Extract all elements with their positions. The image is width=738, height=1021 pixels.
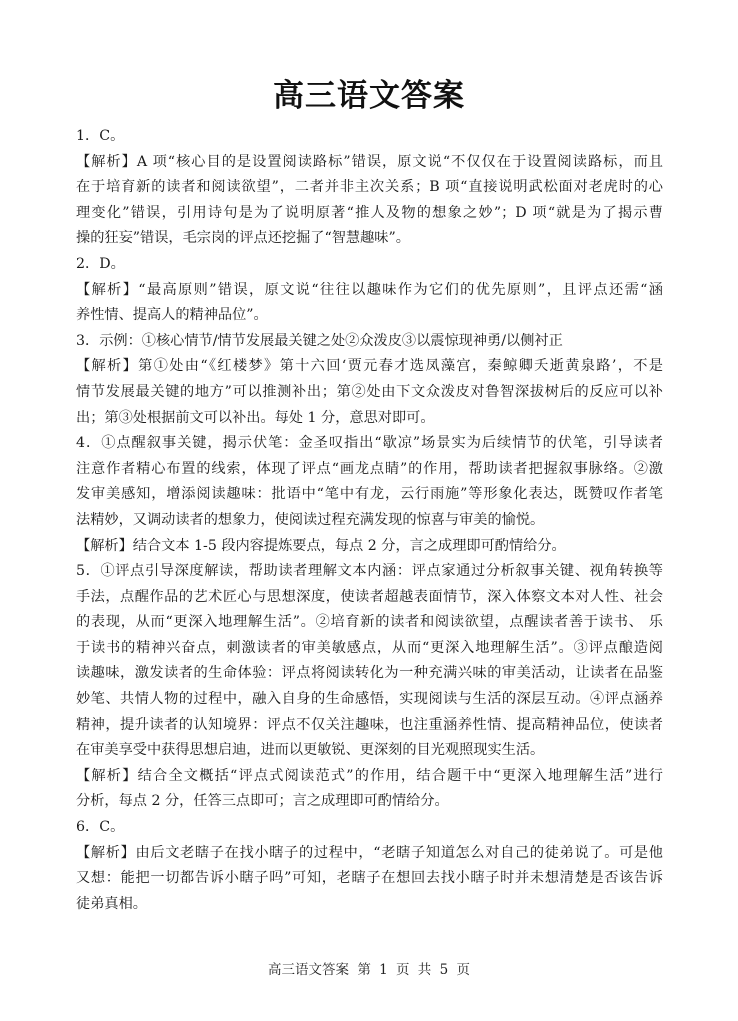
answer-5-line: 的表现，从而“更深入地理解生活”。②培育新的读者和阅读欲望，点醒读者善于读书、 … [76, 610, 663, 636]
analysis-3-line: 情节发展最关键的地方”可以推测补出；第②处由下文众泼皮对鲁智深拔树后的反应可以补 [76, 380, 663, 406]
analysis-1-line: 【解析】A 项“核心目的是设置阅读路标”错误，原文说“不仅仅在于设置阅读路标，而… [76, 150, 663, 176]
analysis-3-line: 出；第③处根据前文可以补出。每处 1 分，意思对即可。 [76, 406, 663, 432]
analysis-5-line: 分析，每点 2 分，任答三点即可；言之成理即可酌情给分。 [76, 789, 663, 815]
answer-3: 3．示例：①核心情节/情节发展最关键之处②众泼皮③以震惊现神勇/以侧衬正 [76, 329, 663, 355]
analysis-3-line: 【解析】第①处由“《红楼梦》第十六回‘贾元春才选凤藻宫，秦鲸卿夭逝黄泉路’，不是 [76, 354, 663, 380]
answer-2: 2．D。 [76, 252, 663, 278]
answer-5-line: 于读书的精神兴奋点，刺激读者的审美敏感点，从而“更深入地理解生活”。③评点酿造阅 [76, 636, 663, 662]
analysis-4: 【解析】结合文本 1-5 段内容提炼要点，每点 2 分，言之成理即可酌情给分。 [76, 534, 663, 560]
answer-4-line: 注意作者精心布置的线索，体现了评点“画龙点睛”的作用，帮助读者把握叙事脉络。②激 [76, 457, 663, 483]
analysis-2-line: 养性情、提高人的精神品位”。 [76, 303, 663, 329]
analysis-1-line: 操的狂妄”错误，毛宗岗的评点还挖掘了“智慧趣味”。 [76, 226, 663, 252]
answer-4-line: 法精妙，又调动读者的想象力，使阅读过程充满发现的惊喜与审美的愉悦。 [76, 508, 663, 534]
answer-5-line: 在审美享受中获得思想启迪，进而以更敏锐、更深刻的目光观照现实生活。 [76, 738, 663, 764]
analysis-2-line: 【解析】“最高原则”错误，原文说“往往以趣味作为它们的优先原则”，且评点还需“涵 [76, 278, 663, 304]
page-title: 高三语文答案 [0, 76, 738, 116]
analysis-6-line: 【解析】由后文老瞎子在找小瞎子的过程中，“老瞎子知道怎么对自己的徒弟说了。可是他 [76, 841, 663, 867]
answer-5-line: 精神，提升读者的认知境界：评点不仅关注趣味，也注重涵养性情、提高精神品位，使读者 [76, 713, 663, 739]
answer-5-line: 妙笔、共情人物的过程中，融入自身的生命感悟，实现阅读与生活的深层互动。④评点涵养 [76, 687, 663, 713]
page-footer: 高三语文答案 第 1 页 共 5 页 [0, 960, 738, 980]
analysis-6-line: 又想：能把一切都告诉小瞎子吗”可知，老瞎子在想回去找小瞎子时并未想清楚是否该告诉 [76, 866, 663, 892]
answer-5-line: 5．①评点引导深度解读，帮助读者理解文本内涵：评点家通过分析叙事关键、视角转换等 [76, 559, 663, 585]
analysis-5-line: 【解析】结合全文概括“评点式阅读范式”的作用，结合题干中“更深入地理解生活”进行 [76, 764, 663, 790]
analysis-1-line: 在于培育新的读者和阅读欲望”，二者并非主次关系；B 项“直接说明武松面对老虎时的… [76, 175, 663, 201]
answer-1: 1．C。 [76, 124, 663, 150]
analysis-1-line: 理变化”错误，引用诗句是为了说明原著“推人及物的想象之妙”；D 项“就是为了揭示… [76, 201, 663, 227]
answer-4-line: 4．①点醒叙事关键，揭示伏笔：金圣叹指出“歇凉”场景实为后续情节的伏笔，引导读者 [76, 431, 663, 457]
answer-6: 6．C。 [76, 815, 663, 841]
answer-4-line: 发审美感知，增添阅读趣味：批语中“笔中有龙，云行雨施”等形象化表达，既赞叹作者笔 [76, 482, 663, 508]
answer-5-line: 手法，点醒作品的艺术匠心与思想深度，使读者超越表面情节，深入体察文本对人性、社会 [76, 585, 663, 611]
analysis-6-line: 徒弟真相。 [76, 892, 663, 918]
answer-body: 1．C。 【解析】A 项“核心目的是设置阅读路标”错误，原文说“不仅仅在于设置阅… [76, 124, 663, 917]
answer-5-line: 读趣味，激发读者的生命体验：评点将阅读转化为一种充满兴味的审美活动，让读者在品鉴 [76, 661, 663, 687]
